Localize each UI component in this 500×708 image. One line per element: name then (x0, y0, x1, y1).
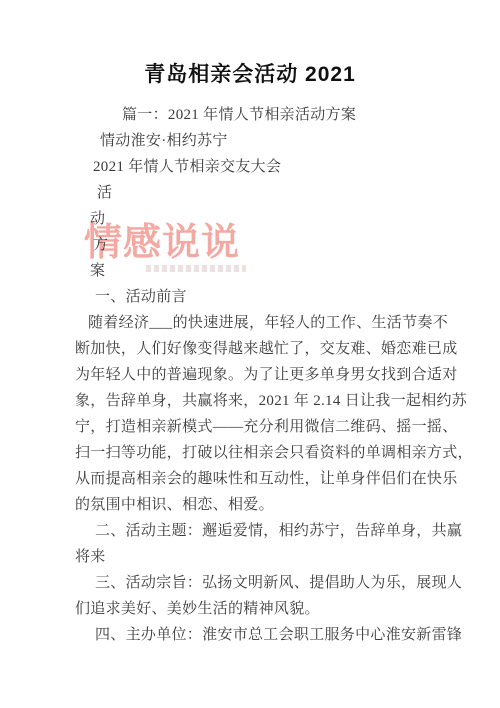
text-line: 活 (75, 180, 440, 206)
text-line: 断加快，人们好像变得越来越忙了，交友难、婚恋难已成 (75, 336, 440, 362)
text-line: 方 (75, 232, 440, 258)
text-line: 象，告辞单身，共赢将来，2021 年 2.14 日让我一起相约苏 (75, 388, 440, 414)
text-line: 案 (75, 258, 440, 284)
text-line: 随着经济___的快速进展，年轻人的工作、生活节奏不 (75, 310, 440, 336)
text-line: 动 (75, 206, 440, 232)
text-line: 为年轻人中的普遍现象。为了让更多单身男女找到合适对 (75, 362, 440, 388)
text-line: 扫一扫等功能，打破以往相亲会只看资料的单调相亲方式， (75, 440, 440, 466)
document-body: 篇一：2021 年情人节相亲活动方案情动淮安·相约苏宁2021 年情人节相亲交友… (75, 102, 440, 648)
text-line: 们追求美好、美妙生活的精神风貌。 (75, 596, 440, 622)
text-line: 2021 年情人节相亲交友大会 (75, 154, 440, 180)
text-line: 情动淮安·相约苏宁 (75, 128, 440, 154)
text-line: 宁，打造相亲新模式——充分利用微信二维码、摇一摇、 (75, 414, 440, 440)
document-title: 青岛相亲会活动 2021 (0, 58, 500, 88)
document-page: 青岛相亲会活动 2021 情感说说 篇一：2021 年情人节相亲活动方案情动淮安… (0, 0, 500, 708)
text-line: 四、主办单位：淮安市总工会职工服务中心淮安新雷锋 (75, 622, 440, 648)
text-line: 二、活动主题：邂逅爱情，相约苏宁，告辞单身，共赢 (75, 518, 440, 544)
text-line: 一、活动前言 (75, 284, 440, 310)
text-line: 从而提高相亲会的趣味性和互动性，让单身伴侣们在快乐 (75, 466, 440, 492)
text-line: 篇一：2021 年情人节相亲活动方案 (75, 102, 440, 128)
text-line: 三、活动宗旨：弘扬文明新风、提倡助人为乐，展现人 (75, 570, 440, 596)
text-line: 的氛围中相识、相恋、相爱。 (75, 492, 440, 518)
text-line: 将来 (75, 544, 440, 570)
